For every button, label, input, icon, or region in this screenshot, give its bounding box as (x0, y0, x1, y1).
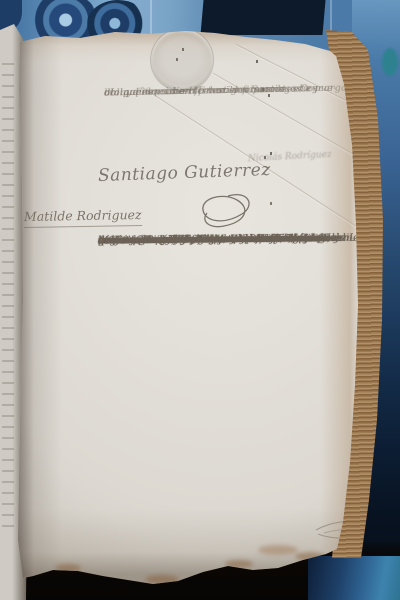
record-line: que conste lo firmo el cura encargado = (98, 230, 310, 249)
teal-cloth-spot (382, 48, 398, 76)
margin-entry-name: Matilde Rodriguez (24, 207, 142, 228)
embossed-seal (150, 28, 214, 92)
cloth-dark-band (200, 0, 325, 35)
left-page-text-marks (2, 54, 14, 534)
foxing-stain (258, 545, 298, 555)
manuscript-photo: 19. día a quien advertí el mismo parente… (0, 0, 400, 600)
manuscript-page: 19. día a quien advertí el mismo parente… (0, 0, 400, 600)
signature-rubric-flourish (193, 188, 263, 233)
blue-cloth-bottom-right (308, 556, 400, 600)
ink-specks (256, 60, 258, 63)
